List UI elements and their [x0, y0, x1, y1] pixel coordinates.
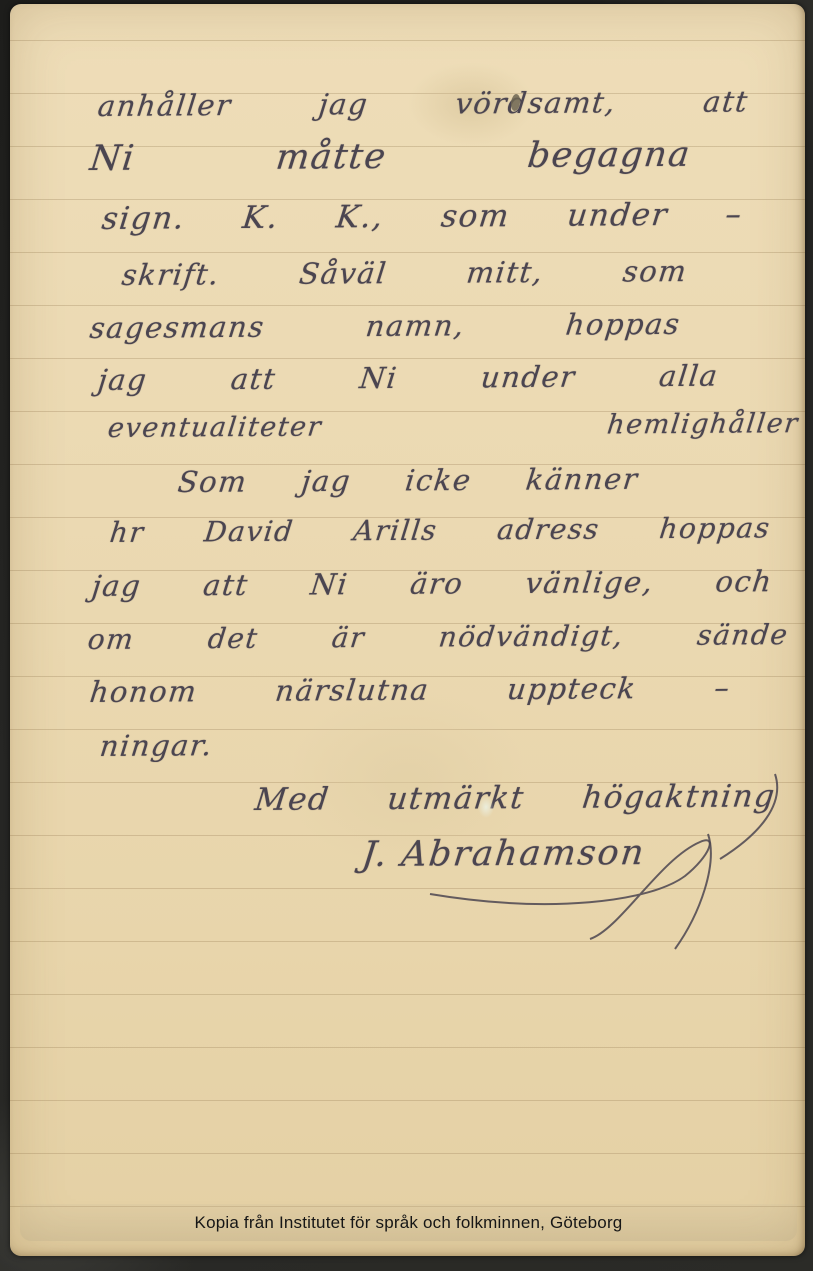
handwritten-line: honom närslutna uppteck –	[88, 670, 733, 711]
archive-caption-text: Kopia från Institutet för språk och folk…	[195, 1213, 623, 1233]
letter-page: anhåller jag vördsamt, att Ni måtte bega…	[10, 4, 805, 1256]
handwritten-line: jag att Ni äro vänlige, och	[90, 563, 775, 604]
paper-smudge	[478, 796, 494, 818]
handwriting-layer: anhåller jag vördsamt, att Ni måtte bega…	[10, 4, 805, 1256]
handwritten-line: skrift. Såväl mitt, som	[120, 253, 690, 293]
handwritten-line: Som jag icke känner	[176, 461, 641, 500]
signature-flourish	[320, 764, 790, 954]
archive-caption-bar: Kopia från Institutet för språk och folk…	[20, 1204, 797, 1241]
handwritten-line: ningar.	[98, 727, 215, 764]
handwritten-line: jag att Ni under alla	[96, 358, 721, 399]
handwritten-line: sagesmans namn, hoppas	[88, 306, 683, 346]
handwritten-line: anhåller jag vördsamt, att	[96, 83, 751, 124]
handwritten-line: sign. K. K., som under –	[100, 196, 745, 239]
handwritten-line: hr David Arills adress hoppas	[108, 510, 773, 550]
handwritten-line: eventualiteter hemlighåller	[106, 407, 800, 446]
handwritten-line: om det är nödvändigt, sände	[86, 617, 791, 657]
handwritten-line: Ni måtte begagna	[87, 134, 693, 182]
